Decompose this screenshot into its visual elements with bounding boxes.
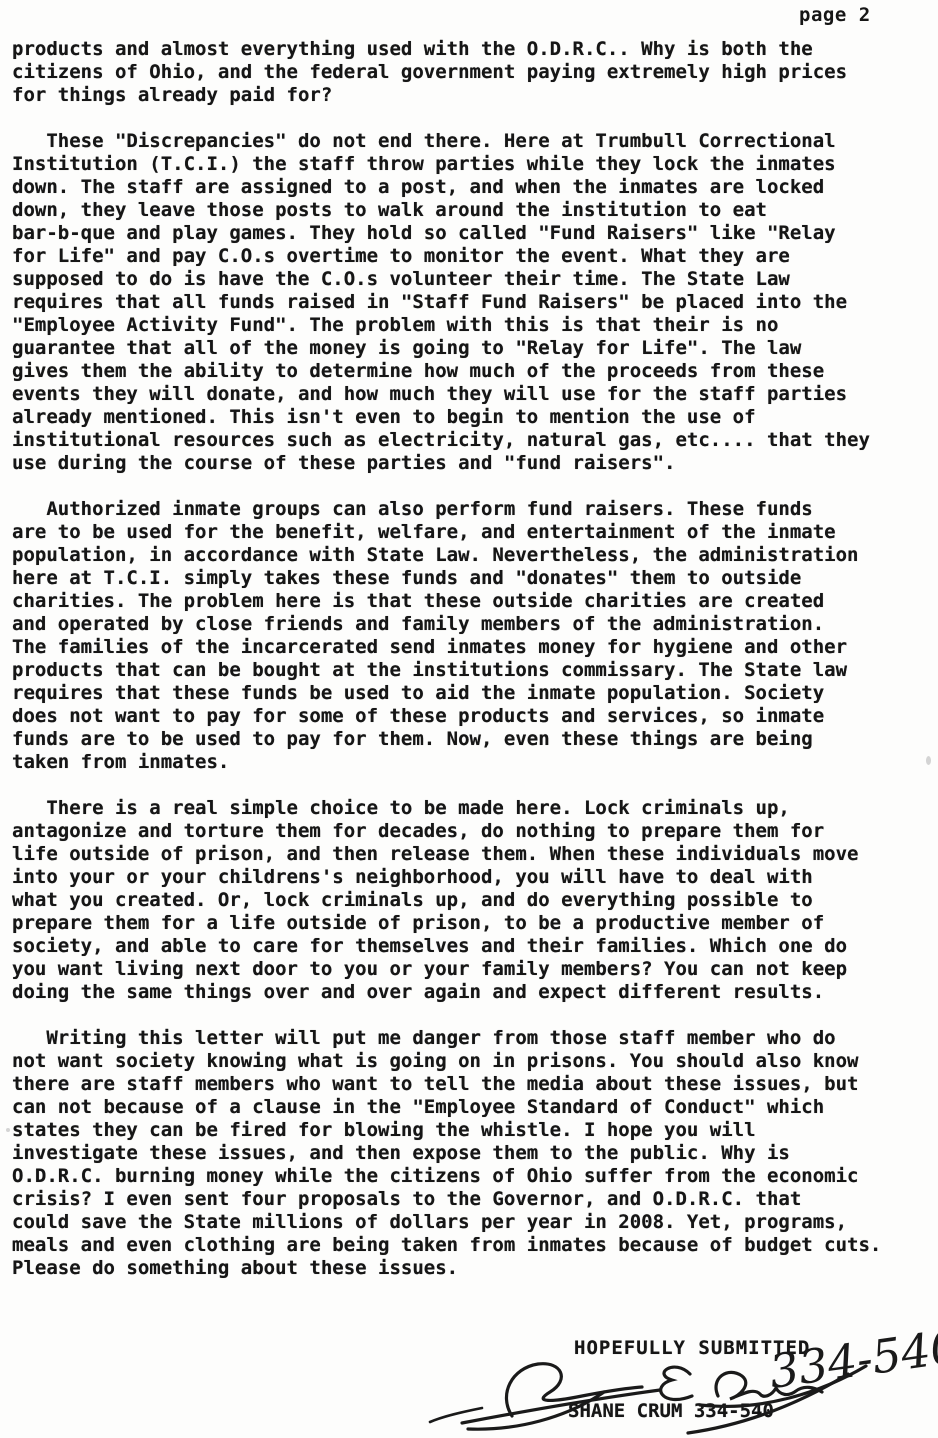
page-number: page 2	[799, 4, 871, 26]
closing-block: HOPEFULLY SUBMITTED SHANE CRUM 334-540 S…	[0, 1330, 938, 1438]
paragraph-4: There is a real simple choice to be made…	[12, 797, 932, 1004]
signature-stroke	[661, 1367, 692, 1399]
paragraph-1: products and almost everything used with…	[12, 38, 932, 107]
paragraph-2: These "Discrepancies" do not end there. …	[12, 130, 932, 475]
signature-stroke	[716, 1372, 822, 1399]
typed-name-line: SHANE CRUM 334-540	[568, 1400, 774, 1422]
letter-body: products and almost everything used with…	[12, 38, 932, 1303]
signature-stroke	[430, 1408, 482, 1422]
scan-speck	[6, 1128, 10, 1132]
scan-speck	[926, 756, 931, 765]
scanned-letter-page: page 2 products and almost everything us…	[0, 0, 938, 1438]
paragraph-5: Writing this letter will put me danger f…	[12, 1027, 932, 1280]
signature-name-text: Shane E Crum	[0, 1330, 1, 1331]
hopefully-submitted-line: HOPEFULLY SUBMITTED	[574, 1337, 810, 1359]
paragraph-3: Authorized inmate groups can also perfor…	[12, 498, 932, 774]
